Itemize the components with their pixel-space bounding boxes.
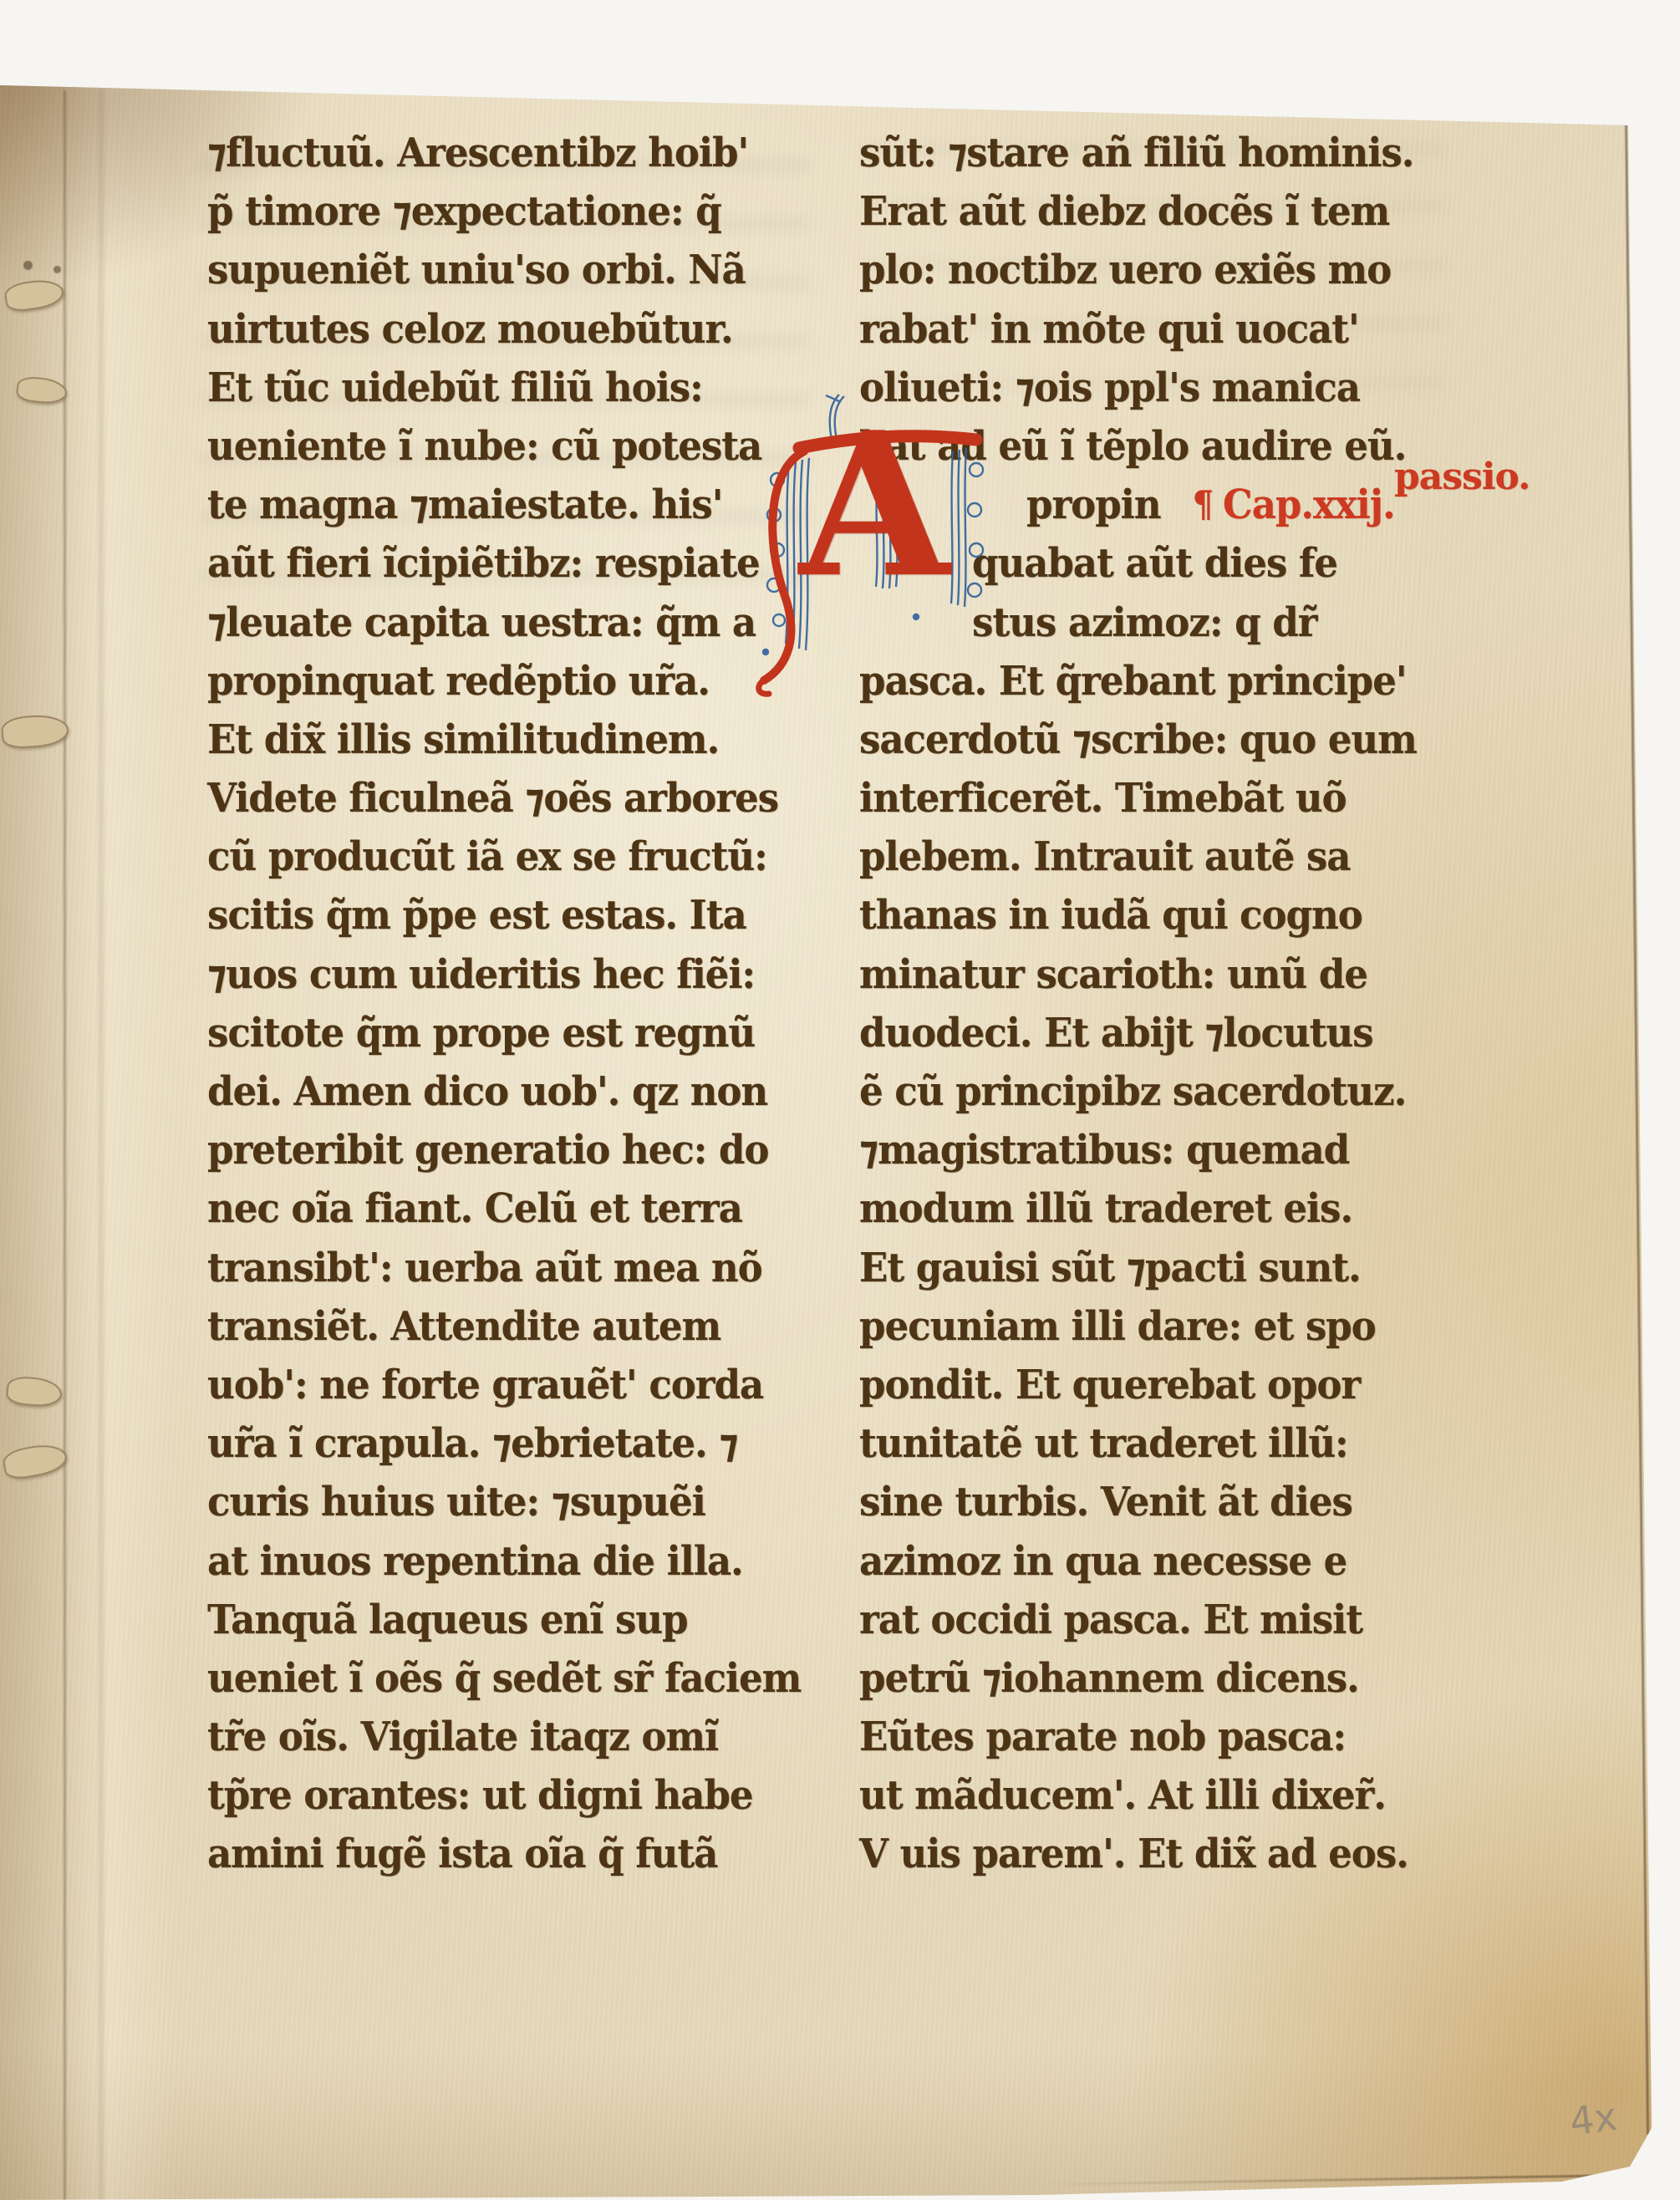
text-line: pecuniam illi dare: et spo <box>859 1295 1478 1357</box>
text-line: plebem. Intrauit autẽ sa <box>859 826 1478 889</box>
text-line: V uis parem'. Et dix̃ ad eos. <box>859 1823 1478 1886</box>
text-line: p̃ timore ⁊expectatione: q̃ <box>207 181 802 243</box>
text-line: ut mãducem'. At illi dixer̃. <box>859 1765 1478 1827</box>
text-line: scitote q̃m prope est regnũ <box>207 1001 802 1064</box>
text-line: modum illũ traderet eis. <box>859 1178 1478 1240</box>
text-line: ⁊magistratibus: quemad <box>859 1119 1478 1182</box>
binding-crease-soft <box>99 90 104 2200</box>
folio-pencil-note: 4x <box>1567 2094 1620 2144</box>
text-line: uob': ne forte grauẽt' corda <box>207 1353 802 1416</box>
text-column-right: sũt: ⁊stare añ filiũ hominis.Erat aũt di… <box>859 124 1478 1884</box>
manuscript-page: .Luce. ⁊fluctuũ. Arescentibz hoib'p̃ tim… <box>0 0 1680 2200</box>
text-line: amini fugẽ ista oĩa q̃ futã <box>207 1823 802 1886</box>
text-line: ⁊uos cum uideritis hec fiẽi: <box>207 943 802 1006</box>
text-line: tp̃re orantes: ut digni habe <box>207 1765 802 1827</box>
text-line: aũt fieri ĩcipiẽtibz: respiate <box>207 532 802 595</box>
text-line: supueniẽt uniu'so orbi. Nã <box>207 239 802 302</box>
page-bottom-edge <box>1041 2173 1655 2186</box>
text-line: ueniet ĩ oẽs q̃ sedẽt sr̃ faciem <box>207 1647 802 1709</box>
text-line: preteribit generatio hec: do <box>207 1119 802 1182</box>
sewing-thread-knot <box>3 277 65 313</box>
text-line: Et gauisi sũt ⁊pacti sunt. <box>859 1236 1478 1299</box>
text-line: scitis q̃m p̃pe est estas. Ita <box>207 884 802 947</box>
text-line: thanas in iudã qui cogno <box>859 884 1478 947</box>
right-column-lines: pasca. Et q̃rebant principe'sacerdotũ ⁊s… <box>859 652 1478 1884</box>
text-line: interficerẽt. Timebãt uõ <box>859 767 1478 830</box>
text-line: duodeci. Et abijt ⁊locutus <box>859 1001 1478 1064</box>
text-line: plo: noctibz uero exiẽs mo <box>859 239 1478 302</box>
text-line: tr̃e oĩs. Vigilate itaqz omĩ <box>207 1706 802 1769</box>
text-line: Et tũc uidebũt filiũ hois: <box>207 356 802 419</box>
text-line: tunitatẽ ut traderet illũ: <box>859 1413 1478 1475</box>
text-line: Et dix̃ illis similitudinem. <box>207 708 802 771</box>
text-line: pondit. Et querebat opor <box>859 1353 1478 1416</box>
sewing-hole <box>53 266 61 273</box>
text-line: ⁊fluctuũ. Arescentibz hoib' <box>207 122 802 185</box>
text-line: sine turbis. Venit ãt dies <box>859 1471 1478 1534</box>
photo-backdrop: .Luce. ⁊fluctuũ. Arescentibz hoib'p̃ tim… <box>0 0 1680 2200</box>
sewing-thread-knot <box>1 713 69 749</box>
sewing-hole <box>23 261 33 270</box>
illuminated-initial-A: A <box>752 393 986 727</box>
chapter-number-rubric: Cap.xxij. <box>1223 474 1395 537</box>
text-line: ur̃a ĩ crapula. ⁊ebrietate. ⁊ <box>207 1413 802 1475</box>
text-line: at inuos repentina die illa. <box>207 1530 802 1592</box>
text-line: uirtutes celoz mouebũtur. <box>207 298 802 360</box>
text-line: curis huius uite: ⁊supuẽi <box>207 1471 802 1534</box>
text-line: transiẽt. Attendite autem <box>207 1295 802 1357</box>
sewing-thread-knot <box>6 1375 64 1408</box>
text-line: quabat aũt dies fe <box>972 532 1478 595</box>
text-line: minatur scarioth: unũ de <box>859 943 1478 1006</box>
text-line: rat occidi pasca. Et misit <box>859 1588 1478 1651</box>
text-line: Eũtes parate nob pasca: <box>859 1706 1478 1769</box>
page-top-edge <box>0 81 1632 125</box>
text-line: cũ producũt iã ex se fructũ: <box>207 826 802 889</box>
text-line: stus azimoz: q dr̃ <box>972 591 1478 654</box>
text-line: dei. Amen dico uob'. qz non <box>207 1061 802 1123</box>
text-line: nec oĩa fiant. Celũ et terra <box>207 1178 802 1240</box>
text-line: transibt': uerba aũt mea nõ <box>207 1236 802 1299</box>
text-line: azimoz in qua necesse e <box>859 1530 1478 1592</box>
text-line: petrũ ⁊iohannem dicens. <box>859 1647 1478 1709</box>
chapter-incipit-text: propin <box>1026 474 1160 537</box>
text-line: ẽ cũ principibz sacerdotuz. <box>859 1061 1478 1123</box>
text-line: rabat' in mõte qui uocat' <box>859 298 1478 360</box>
text-line: Erat aũt diebz docẽs ĩ tem <box>859 181 1478 243</box>
binding-crease <box>64 90 66 2200</box>
text-column-left: ⁊fluctuũ. Arescentibz hoib'p̃ timore ⁊ex… <box>207 124 802 1884</box>
running-header: .Luce. <box>783 8 918 53</box>
sewing-thread-knot <box>1 1441 69 1482</box>
capitulum-mark: ¶ <box>1192 474 1212 537</box>
text-line: Tanquã laqueus enĩ sup <box>207 1588 802 1651</box>
page-right-edge <box>1625 122 1649 2135</box>
text-line: propinquat redẽptio ur̃a. <box>207 649 802 712</box>
text-line: sũt: ⁊stare añ filiũ hominis. <box>859 122 1478 185</box>
text-line: te magna ⁊maiestate. his' <box>207 474 802 537</box>
sewing-thread-knot <box>16 375 69 405</box>
initial-letter-glyph: A <box>799 406 949 604</box>
text-line: ⁊leuate capita uestra: q̃m a <box>207 591 802 654</box>
text-line: Videte ficulneã ⁊oẽs arbores <box>207 767 802 830</box>
margin-note-passio: passio. <box>1394 456 1530 498</box>
text-line: ueniente ĩ nube: cũ potesta <box>207 415 802 477</box>
